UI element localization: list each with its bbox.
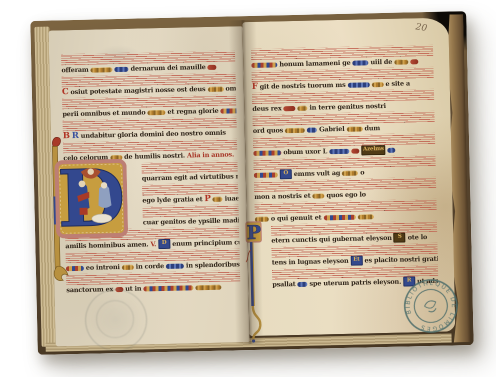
line-filler-ornament <box>213 196 223 201</box>
stamp-emblem <box>423 299 438 314</box>
line-filler-ornament <box>347 82 369 87</box>
lyric-text: osiut potestate magistri nosse ost deus <box>70 86 205 96</box>
decorated-initial-letter: S <box>394 233 406 243</box>
lyric-text: Alia in annos. <box>187 151 234 159</box>
lyric-text: et regna glorie <box>167 107 218 115</box>
line-filler-ornament <box>208 64 217 69</box>
stamp-text: BIBLIOTHEQUE DE LIMOGES <box>397 272 465 340</box>
lyric-text: ego lyde gratia et <box>142 196 202 204</box>
lyric-text: tens in lugnas eleyson <box>272 258 349 266</box>
decorated-initial-letter: Azelms <box>361 145 386 156</box>
lyric-text: uiil de <box>370 59 392 66</box>
lyric-text: o qui genuit et <box>271 214 322 222</box>
left-page: ·˙ ▪·▪˙ ·▪ ·˙▪. ▪·. ˙·▪ ▪▪ ·˙ .▪· ▪˙· .▪… <box>48 26 249 346</box>
lyric-text: perii omnibus et mundo <box>62 109 145 117</box>
initial-d-leaf <box>54 266 68 281</box>
line-filler-ornament <box>323 214 355 220</box>
initial-d-letter: D <box>56 153 126 246</box>
lyric-text: emms vult ag <box>294 170 341 178</box>
right-page: 20 · ˙▪. ·▪▪ ˙· .▪ ▪·˙ ▪. ·▪ ˙.· ▪▪ ·˙ .… <box>242 18 455 337</box>
initial-p-foot <box>253 306 261 340</box>
line-filler-ornament <box>352 60 368 65</box>
decorated-initial-letter: Et <box>350 256 362 266</box>
line-filler-ornament <box>221 108 237 113</box>
lyric-text: in splendoribus <box>186 261 240 269</box>
line-filler-ornament <box>91 67 113 72</box>
figure-legs <box>80 208 88 215</box>
line-filler-ornament <box>207 86 223 91</box>
lyric-text: etern cunctis qui gubernat eleyson <box>271 235 392 244</box>
lyric-text: cuar genitos de ypsille madianis fuit in <box>143 216 239 226</box>
lyric-text: ommo. <box>225 85 236 92</box>
line-filler-ornament <box>115 66 129 71</box>
initial-d-bud <box>52 137 60 146</box>
lyric-text: obum uxor L <box>283 148 327 155</box>
lyric-text: honum lamameni ge <box>279 59 350 67</box>
line-filler-ornament <box>251 62 277 68</box>
decorated-initial-letter: C <box>62 88 69 97</box>
line-filler-ornament <box>166 263 184 268</box>
line-filler-ornament <box>297 281 307 286</box>
line-filler-ornament <box>394 59 408 64</box>
sheep-figure <box>92 214 112 223</box>
lyric-text: o <box>360 169 364 176</box>
lyric-text: ote lo <box>408 234 427 241</box>
lyric-text: quarram egit ad virtutibus mens et in <box>142 172 238 181</box>
line-filler-ornament <box>283 105 295 110</box>
lyric-text: ord quos <box>253 127 283 134</box>
decorated-initial-letter: O <box>280 169 292 179</box>
lyric-text: psallat <box>272 281 295 288</box>
line-filler-ornament <box>329 148 349 153</box>
lyric-text: Gabriel <box>319 126 345 133</box>
lyric-text: deus rex <box>252 105 281 112</box>
photo-background: ·˙ ▪·▪˙ ·▪ ·˙▪. ▪·. ˙·▪ ▪▪ ·˙ .▪· ▪˙· .▪… <box>0 0 496 377</box>
lyric-text: in terre genitus nostri <box>309 103 386 111</box>
line-filler-ornament <box>254 172 278 178</box>
initial-p-tail <box>251 242 252 306</box>
lyric-text: dum <box>364 125 380 132</box>
line-filler-ornament <box>371 81 383 86</box>
lyric-text: e site a <box>385 80 410 87</box>
illuminated-initial-p: P <box>245 220 268 344</box>
line-filler-ornament <box>346 126 362 131</box>
illuminated-initial-d: D <box>50 133 129 285</box>
lyric-text: spe uterum patris eleyson. <box>309 278 401 287</box>
line-filler-ornament <box>147 109 165 114</box>
line-filler-ornament <box>342 170 358 175</box>
lyric-text: iuae vleame <box>225 194 239 201</box>
manuscript-book: ·˙ ▪·▪˙ ·▪ ·˙▪. ▪·. ˙·▪ ▪▪ ·˙ .▪· ▪˙· .▪… <box>30 11 473 355</box>
line-filler-ornament <box>143 285 193 291</box>
line-filler-ornament <box>351 148 359 153</box>
folio-number: 20 <box>414 22 427 34</box>
line-filler-ornament <box>388 147 396 152</box>
lyric-text: mon a nostris et <box>254 192 310 200</box>
lyric-text: V. <box>150 241 156 248</box>
library-stamp-faint <box>84 288 147 351</box>
lyric-text: de humilis nostri. <box>124 152 185 160</box>
lyric-text: dernarum dei mauille <box>130 64 205 72</box>
line-filler-ornament <box>312 193 324 198</box>
decorated-initial-letter: F <box>252 83 258 92</box>
right-page-text-block: · ˙▪. ·▪▪ ˙· .▪ ▪·˙ ▪. ·▪ ˙.· ▪▪ ·˙ .▪·h… <box>251 45 438 291</box>
line-filler-ornament <box>410 59 418 64</box>
initial-p-flourish-red <box>246 250 251 262</box>
lyric-text: es placito nostri gratias de <box>364 255 437 264</box>
lyric-text: quos ego lo <box>326 191 366 198</box>
line-filler-ornament <box>357 214 373 219</box>
line-filler-ornament <box>195 284 221 290</box>
initial-p-letter: P <box>246 222 261 244</box>
lyric-text: enum principium cui co de <box>172 238 239 247</box>
lyric-text: in corde <box>136 263 164 270</box>
lyric-text: offeram <box>61 66 88 73</box>
decorated-initial-letter: D <box>158 239 170 249</box>
line-filler-ornament <box>297 105 307 110</box>
line-filler-ornament <box>307 127 317 132</box>
line-filler-ornament <box>285 127 305 132</box>
lyric-text: git de nostris tuorum ms <box>260 82 346 90</box>
line-filler-ornament <box>253 150 281 156</box>
decorated-initial-letter: P <box>204 195 210 204</box>
